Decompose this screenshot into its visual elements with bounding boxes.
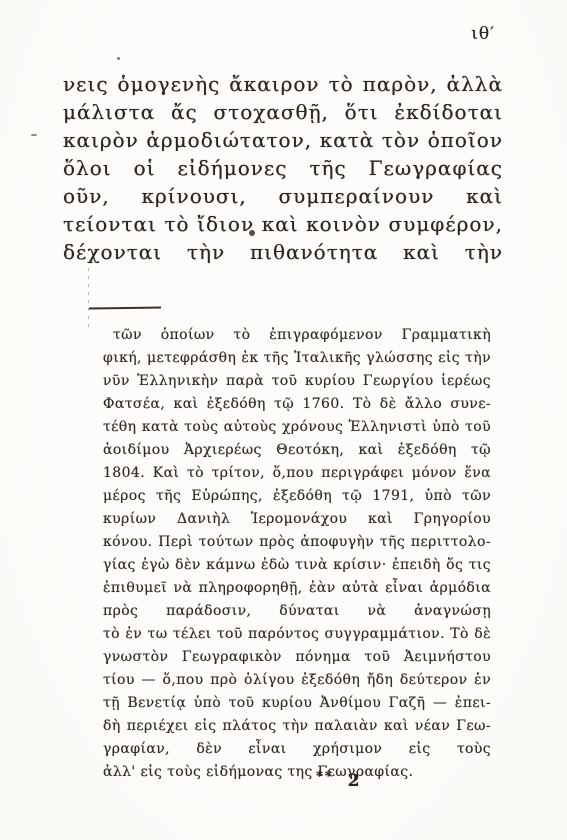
scanned-book-page: ιθ′ νεις ὁμογενὴς ἄκαιρον τὸ παρὸν, ἀλλὰ… [0,0,567,840]
signature-number: 2 [348,773,360,790]
footnote-line: τῇ Βενετίᾳ ὑπὸ τοῦ κυρίου Ἀνθίμου Γαζῆ —… [103,692,491,715]
footnote-line: 1804. Καὶ τὸ τρίτον, ὅ,που περιγράφει μό… [103,462,491,485]
footnote-line: ἀλλ' εἰς τοὺς εἰδήμονας της Γεωγραφίας. [103,761,491,784]
main-text-block: νεις ὁμογενὴς ἄκαιρον τὸ παρὸν, ἀλλὰ μάλ… [63,70,503,266]
folio-page-number: ιθ′ [471,24,495,44]
footnote-line: νῦν Ἑλληνικὴν παρὰ τοῦ κυρίου Γεωργίου ἱ… [103,370,491,393]
footnote-line: γνωστὸν Γεωγραφικὸν πόνημα τοῦ Ἀειμνήστο… [103,646,491,669]
main-text-line: μάλιστα ἄς στοχασθῇ, ὅτι ἐκδίδοται εἰς [63,98,503,126]
footnote-separator-rule [89,306,161,309]
footnote-line: ἀοιδίμου Ἀρχιερέως Θεοτόκη, καὶ ἐξεδόθη … [103,439,491,462]
footnote-line: τίου — ὅ,που πρὸ ὀλίγου ἐξεδόθη ἤδη δεύτ… [103,669,491,692]
footnote-line: κόνου. Περὶ τούτων πρὸς ἀποφυγὴν τῆς περ… [103,531,491,554]
scan-speck [117,57,120,60]
main-text-line: ὅλοι οἱ εἰδήμονες τῆς Γεωγραφίας ἐννο- [63,154,503,182]
main-text-line: νεις ὁμογενὴς ἄκαιρον τὸ παρὸν, ἀλλὰ [63,70,503,98]
footnote-line: τῶν ὁποίων τὸ ἐπιγραφόμενον Γραμματικὴ Γ… [103,324,491,347]
footnote-line: φική, μετεφράσθη ἐκ τῆς Ἰταλικῆς γλώσσης… [103,347,491,370]
signature-stars: ** [316,770,334,784]
footnote-line: γραφίαν, δὲν εἶναι χρήσιμον εἰς τοὺς πρω… [103,738,491,761]
ink-blot [249,230,255,236]
signature-mark: ** 2 [316,770,359,790]
footnote-block: τῶν ὁποίων τὸ ἐπιγραφόμενον Γραμματικὴ Γ… [103,324,491,784]
footnote-line: Φατσέα, καὶ ἐξεδόθη τῷ 1760. Τὸ δὲ ἄλλο … [103,393,491,416]
footnote-line: ἐπιθυμεῖ νὰ πληροφορηθῇ, ἐὰν αὐτὰ εἶναι … [103,577,491,600]
footnote-line: πρὸς παράδοσιν, δύναται νὰ ἀναγνώσῃ προσ… [103,600,491,623]
footnote-line: κυρίων Δανιὴλ Ἱερομονάχου καὶ Γρηγορίου … [103,508,491,531]
footnote-line: τέθη κατὰ τοὺς αὐτοὺς χρόνους Ἑλληνιστὶ … [103,416,491,439]
main-text-line: δέχονται τὴν πιθανότητα καὶ τὴν ἀλήθει- [63,238,503,266]
scan-speck [31,134,37,136]
footnote-line: δὴ περιέχει εἰς πλάτος τὴν παλαιὰν καὶ ν… [103,715,491,738]
footnote-line: τὸ ἐν τω τέλει τοῦ παρόντος συγγραμμάτιο… [103,623,491,646]
footnote-line: μέρος τῆς Εὐρώπης, ἐξεδόθη τῷ 1791, ὑπὸ … [103,485,491,508]
main-text-line: οῦν, κρίνουσι, συμπεραίνουν καὶ προμαν- [63,182,503,210]
scan-edge-artifact [88,268,89,330]
main-text-line: καιρὸν ἁρμοδιώτατον, κατὰ τὸν ὁποῖον [63,126,503,154]
main-text-line: τείονται τὸ ἴδιον καὶ κοινὸν συμφέρον, [63,210,503,238]
footnote-line: γίας ἐγὼ δὲν κάμνω ἐδὼ τινὰ κρίσιν· ἐπει… [103,554,491,577]
